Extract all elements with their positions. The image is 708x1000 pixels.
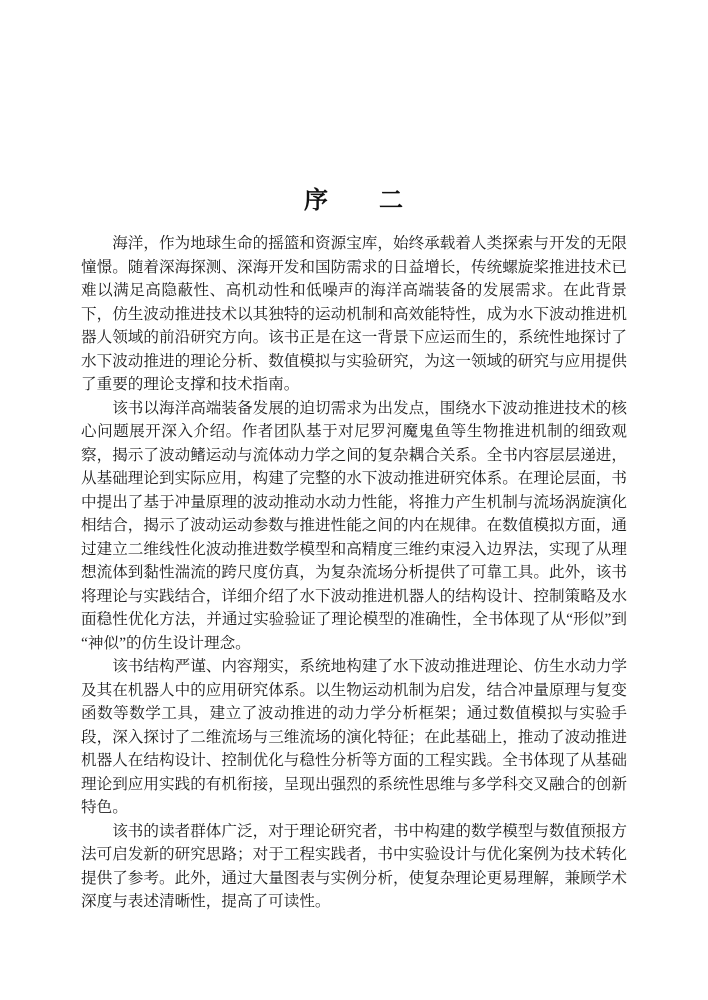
paragraph-2: 该书以海洋高端装备发展的迫切需求为出发点，围绕水下波动推进技术的核心问题展开深入…	[81, 397, 627, 656]
paragraph-4: 该书的读者群体广泛，对于理论研究者，书中构建的数学模型与数值预报方法可启发新的研…	[81, 820, 627, 914]
preface-body: 海洋，作为地球生命的摇篮和资源宝库，始终承载着人类探索与开发的无限憧憬。随着深海…	[81, 232, 627, 914]
page-title: 序 二	[0, 180, 708, 215]
paragraph-3: 该书结构严谨、内容翔实，系统地构建了水下波动推进理论、仿生水动力学及其在机器人中…	[81, 655, 627, 820]
book-page: 序 二 海洋，作为地球生命的摇篮和资源宝库，始终承载着人类探索与开发的无限憧憬。…	[0, 0, 708, 1000]
paragraph-1: 海洋，作为地球生命的摇篮和资源宝库，始终承载着人类探索与开发的无限憧憬。随着深海…	[81, 232, 627, 397]
